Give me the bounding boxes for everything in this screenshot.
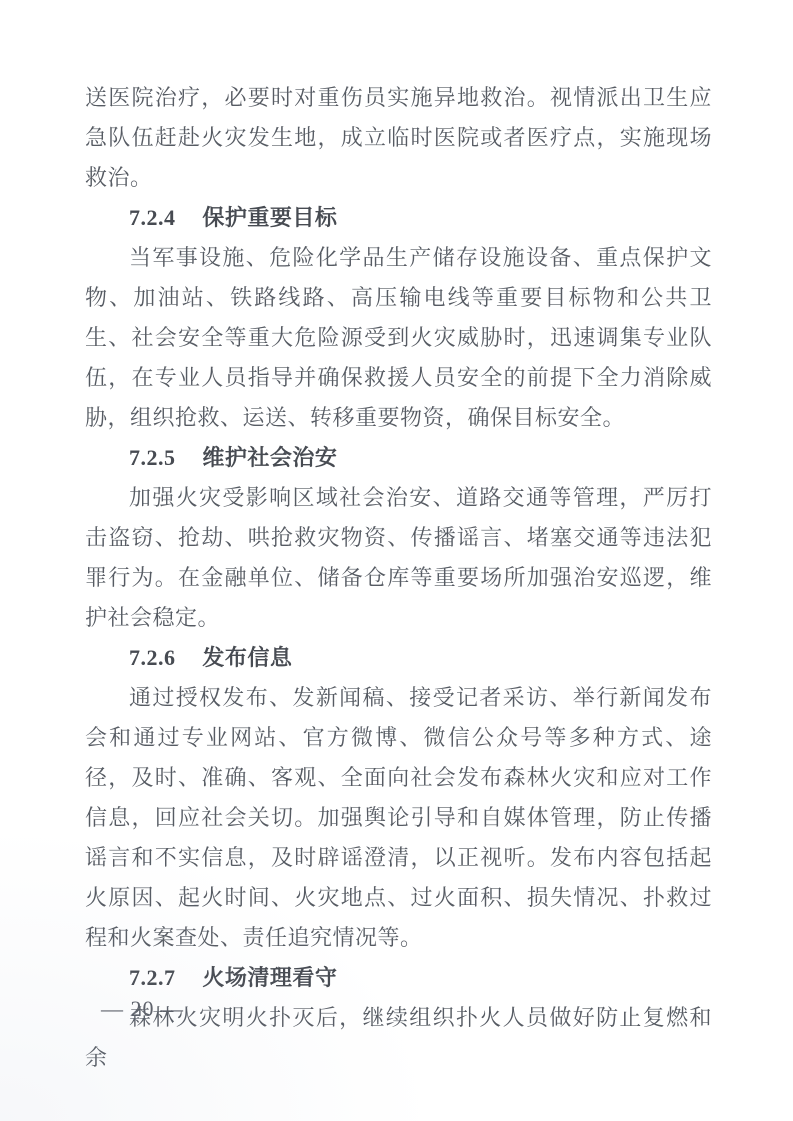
section-number: 7.2.6: [129, 645, 176, 670]
section-title: 保护重要目标: [202, 205, 337, 230]
section-body-724: 当军事设施、危险化学品生产储存设施设备、重点保护文物、加油站、铁路线路、高压输电…: [85, 238, 712, 438]
document-page: 送医院治疗，必要时对重伤员实施异地救治。视情派出卫生应急队伍赶赴火灾发生地，成立…: [0, 0, 793, 1121]
section-heading-725: 7.2.5 维护社会治安: [85, 438, 712, 478]
section-number: 7.2.5: [129, 445, 176, 470]
section-heading-724: 7.2.4 保护重要目标: [85, 198, 712, 238]
section-body-725: 加强火灾受影响区域社会治安、道路交通等管理，严厉打击盗窃、抢劫、哄抢救灾物资、传…: [85, 478, 712, 638]
section-heading-726: 7.2.6 发布信息: [85, 638, 712, 678]
section-title: 火场清理看守: [202, 965, 337, 990]
continuation-paragraph: 送医院治疗，必要时对重伤员实施异地救治。视情派出卫生应急队伍赶赴火灾发生地，成立…: [85, 78, 712, 198]
section-title: 发布信息: [202, 645, 292, 670]
section-title: 维护社会治安: [202, 445, 337, 470]
section-heading-727: 7.2.7 火场清理看守: [85, 958, 712, 998]
page-number: — 20 —: [101, 995, 184, 1023]
section-number: 7.2.4: [129, 205, 176, 230]
section-body-726: 通过授权发布、发新闻稿、接受记者采访、举行新闻发布会和通过专业网站、官方微博、微…: [85, 678, 712, 958]
text-block: 送医院治疗，必要时对重伤员实施异地救治。视情派出卫生应急队伍赶赴火灾发生地，成立…: [85, 78, 712, 1078]
section-number: 7.2.7: [129, 965, 176, 990]
